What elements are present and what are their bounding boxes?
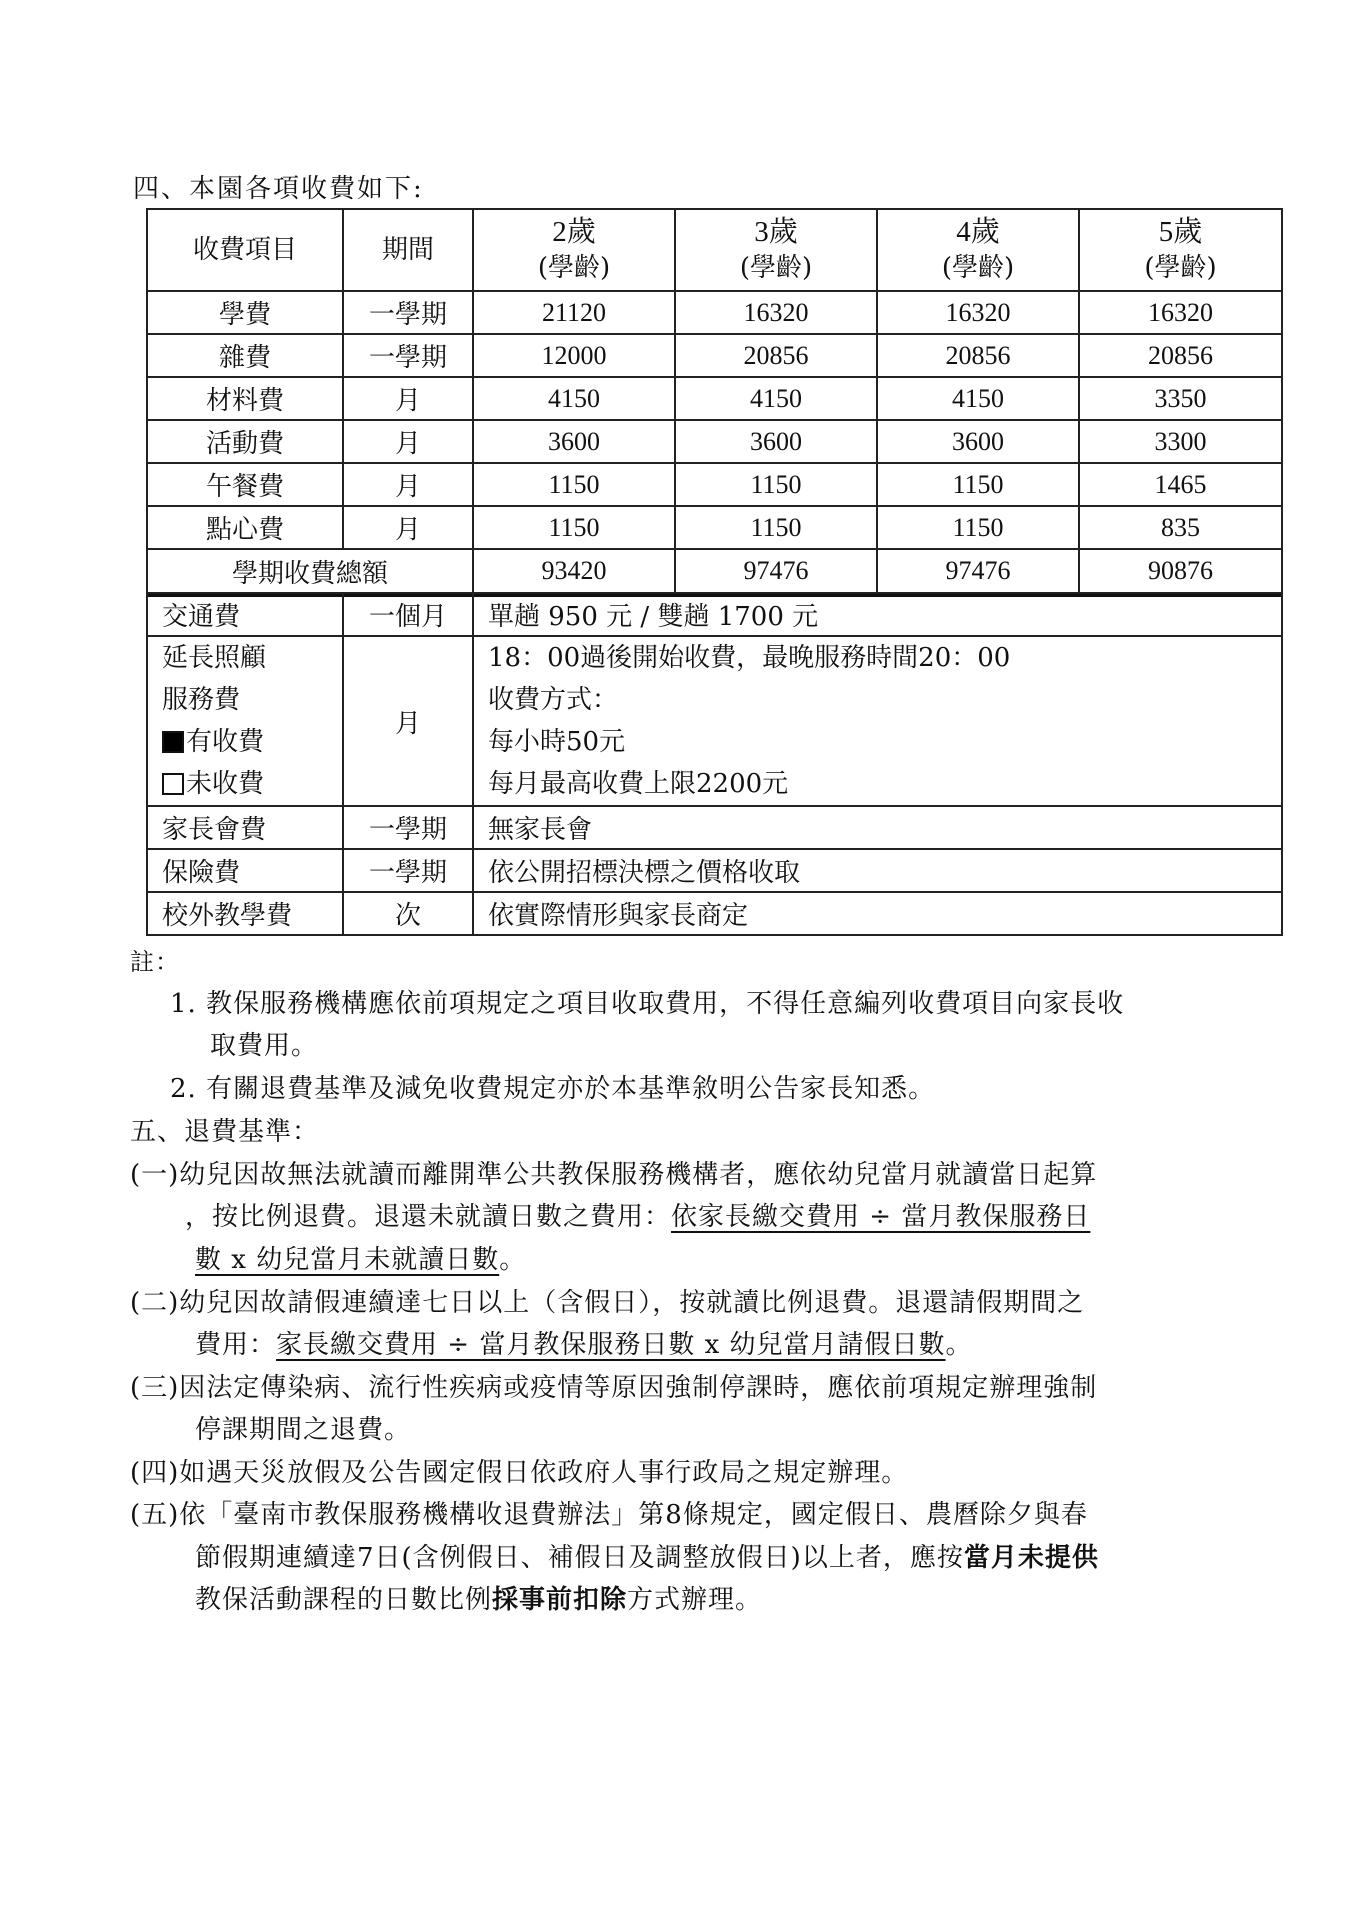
header-age-2: 2歲(學齡) bbox=[473, 209, 675, 291]
refund-item-4: (四)如遇天災放假及公告國定假日依政府人事行政局之規定辦理。 bbox=[130, 1452, 908, 1489]
option-not-charged[interactable]: 未收費 bbox=[162, 763, 342, 805]
fee-table-header: 收費項目 期間 2歲(學齡) 3歲(學齡) 4歲(學齡) 5歲(學齡) bbox=[147, 209, 1282, 291]
total-label: 學期收費總額 bbox=[147, 549, 473, 595]
notes-label: 註： bbox=[130, 942, 180, 977]
header-age-4: 4歲(學齡) bbox=[877, 209, 1079, 291]
table-row-extended-care: 延長照顧 服務費 有收費 未收費 月 18：00過後開始收費，最晚服務時間20：… bbox=[147, 636, 1282, 806]
refund-item-5: (五)依「臺南市教保服務機構收退費辦法」第8條規定，國定假日、農曆除夕與春 bbox=[130, 1494, 1088, 1531]
section-4-heading: 四、本園各項收費如下: bbox=[133, 168, 424, 205]
refund-item-1: (一)幼兒因故無法就讀而離開準公共教保服務機構者，應依幼兒當月就讀當日起算 bbox=[130, 1154, 1097, 1191]
table-row: 學費 一學期 21120 16320 16320 16320 bbox=[147, 291, 1282, 334]
refund-item-5-end: 教保活動課程的日數比例採事前扣除方式辦理。 bbox=[195, 1579, 762, 1616]
fee-table: 收費項目 期間 2歲(學齡) 3歲(學齡) 4歲(學齡) 5歲(學齡) 學費 一… bbox=[146, 208, 1283, 597]
option-charged[interactable]: 有收費 bbox=[162, 721, 342, 763]
refund-item-1-formula: 數 x 幼兒當月未就讀日數。 bbox=[195, 1239, 526, 1276]
table-row: 雜費 一學期 12000 20856 20856 20856 bbox=[147, 334, 1282, 377]
header-age-5: 5歲(學齡) bbox=[1079, 209, 1282, 291]
table-row-field-trip: 校外教學費 次 依實際情形與家長商定 bbox=[147, 892, 1282, 935]
checkbox-unchecked-icon[interactable] bbox=[162, 773, 184, 795]
total-row: 學期收費總額 93420 97476 97476 90876 bbox=[147, 549, 1282, 595]
header-item: 收費項目 bbox=[147, 209, 343, 291]
refund-item-5-cont: 節假期連續達7日(含例假日、補假日及調整放假日)以上者，應按當月未提供 bbox=[195, 1537, 1099, 1574]
table-row-insurance: 保險費 一學期 依公開招標決標之價格收取 bbox=[147, 849, 1282, 892]
header-age-3: 3歲(學齡) bbox=[675, 209, 877, 291]
checkbox-checked-icon[interactable] bbox=[162, 731, 184, 753]
table-row: 材料費 月 4150 4150 4150 3350 bbox=[147, 377, 1282, 420]
note-1-cont: 取費用。 bbox=[210, 1025, 318, 1062]
table-row: 午餐費 月 1150 1150 1150 1465 bbox=[147, 463, 1282, 506]
refund-item-3: (三)因法定傳染病、流行性疾病或疫情等原因強制停課時，應依前項規定辦理強制 bbox=[130, 1367, 1097, 1404]
section-5-heading: 五、退費基準： bbox=[130, 1111, 319, 1148]
table-row: 活動費 月 3600 3600 3600 3300 bbox=[147, 420, 1282, 463]
table-row: 點心費 月 1150 1150 1150 835 bbox=[147, 506, 1282, 549]
table-row-transport: 交通費 一個月 單趟 950 元 / 雙趟 1700 元 bbox=[147, 593, 1282, 636]
refund-item-2-cont: 費用：家長繳交費用 ÷ 當月教保服務日數 x 幼兒當月請假日數。 bbox=[195, 1324, 973, 1361]
table-row-parent-assoc: 家長會費 一學期 無家長會 bbox=[147, 806, 1282, 849]
refund-item-3-cont: 停課期間之退費。 bbox=[195, 1409, 411, 1446]
other-fee-table: 交通費 一個月 單趟 950 元 / 雙趟 1700 元 延長照顧 服務費 有收… bbox=[146, 592, 1283, 936]
refund-item-1-cont: ，按比例退費。退還未就讀日數之費用：依家長繳交費用 ÷ 當月教保服務日 bbox=[185, 1196, 1090, 1233]
header-period: 期間 bbox=[343, 209, 473, 291]
note-2: 2. 有關退費基準及減免收費規定亦於本基準敘明公告家長知悉。 bbox=[170, 1068, 935, 1105]
note-1: 1. 教保服務機構應依前項規定之項目收取費用，不得任意編列收費項目向家長收 bbox=[170, 983, 1124, 1020]
refund-item-2: (二)幼兒因故請假連續達七日以上（含假日），按就讀比例退費。退還請假期間之 bbox=[130, 1282, 1084, 1319]
